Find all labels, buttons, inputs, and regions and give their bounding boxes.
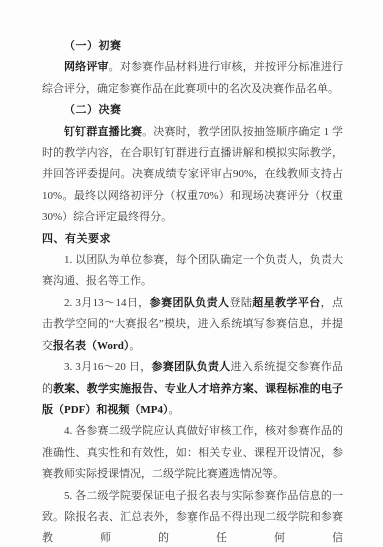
section-heading-requirements: 四、有关要求 <box>42 229 343 250</box>
paragraph-network-review: 网络评审。对参赛作品材料进行审核，并按评分标准进行综合评分，确定参赛作品在此赛项… <box>42 57 343 100</box>
document-body: （一）初赛 网络评审。对参赛作品材料进行审核，并按评分标准进行综合评分，确定参赛… <box>42 36 343 547</box>
paragraph-item-3: 3. 3月16～20 日，参赛团队负责人进入系统提交参赛作品的教案、教学实施报告… <box>42 357 343 421</box>
text-run: 。 <box>168 404 179 416</box>
paragraph-item-2: 2. 3月13～14日，参赛团队负责人登陆超星教学平台，点击教学空间的“大赛报名… <box>42 293 343 357</box>
text-run-bold: 参赛团队负责人 <box>152 361 231 373</box>
text-run-bold: 报名表（Word） <box>53 340 129 352</box>
text-run-bold: 参赛团队负责人 <box>150 297 230 309</box>
text-run-bold: 钉钉群直播比赛 <box>64 126 142 138</box>
paragraph-dingtalk-live: 钉钉群直播比赛。决赛时，教学团队按抽签顺序确定 1 学时的教学内容，在合职钉钉群… <box>42 122 343 229</box>
paragraph-item-1: 1. 以团队为单位参赛，每个团队确定一个负责人，负责大赛沟通、报名等工作。 <box>42 250 343 293</box>
text-run: 登陆 <box>229 297 252 309</box>
text-run: 。 <box>129 340 140 352</box>
text-run: 3. 3月16～20 日， <box>64 361 152 373</box>
text-run-bold: 超星教学平台 <box>252 297 320 309</box>
text-run: 。决赛时，教学团队按抽签顺序确定 1 学时的教学内容，在合职钉钉群进行直播讲解和… <box>42 126 343 224</box>
text-run: 4. 各参赛二级学院应认真做好审核工作，核对参赛作品的准确性、真实性和有效性，如… <box>42 425 343 480</box>
subsection-heading-final-round: （二）决赛 <box>42 100 343 121</box>
subsection-heading-first-round: （一）初赛 <box>42 36 343 57</box>
document-page: （一）初赛 网络评审。对参赛作品材料进行审核，并按评分标准进行综合评分，确定参赛… <box>0 0 383 547</box>
paragraph-item-4: 4. 各参赛二级学院应认真做好审核工作，核对参赛作品的准确性、真实性和有效性，如… <box>42 421 343 485</box>
text-run-bold: 网络评审 <box>64 61 109 73</box>
text-run: 2. 3月13～14日， <box>64 297 150 309</box>
page-number: 3 <box>0 515 383 525</box>
text-run: 1. 以团队为单位参赛，每个团队确定一个负责人，负责大赛沟通、报名等工作。 <box>42 254 343 287</box>
text-run-bold: 教案、教学实施报告、专业人才培养方案、课程标准的电子版（PDF）和视频（MP4） <box>42 383 343 416</box>
